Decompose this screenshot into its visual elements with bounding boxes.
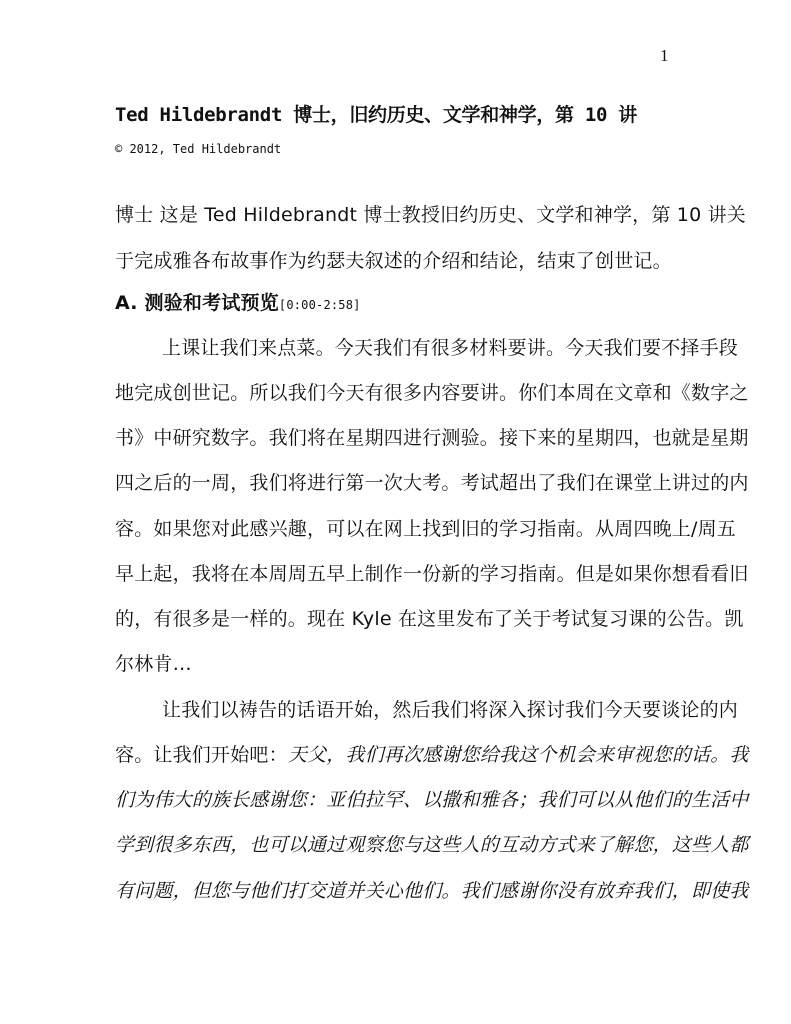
prayer-line: 有问题，但您与他们打交道并关心他们。我们感谢你没有放弃我们，即使我 — [115, 876, 749, 903]
plain-text: 容。让我们开始吧： — [115, 744, 288, 766]
paragraph-line: 容。如果您对此感兴趣，可以在网上找到旧的学习指南。从周四晚上/周五 — [115, 514, 736, 541]
paragraph-line: 四之后的一周，我们将进行第一次大考。考试超出了我们在课堂上讲过的内 — [115, 468, 749, 495]
paragraph-line: 早上起，我将在本周周五早上制作一份新的学习指南。但是如果你想看看旧 — [115, 559, 749, 586]
prayer-line: 们为伟大的族长感谢您：亚伯拉罕、以撒和雅各；我们可以从他们的生活中 — [115, 785, 749, 812]
paragraph-line: 书》中研究数字。我们将在星期四进行测验。接下来的星期四，也就是星期 — [115, 423, 749, 450]
section-heading-label: A. 测验和考试预览 — [115, 292, 279, 314]
paragraph-line: 地完成创世记。所以我们今天有很多内容要讲。你们本周在文章和《数字之 — [115, 378, 749, 405]
page-number: 1 — [660, 46, 669, 66]
paragraph-line: 让我们以祷告的话语开始，然后我们将深入探讨我们今天要谈论的内 — [162, 695, 738, 722]
paragraph-line: 上课让我们来点菜。今天我们有很多材料要讲。今天我们要不择手段 — [162, 333, 738, 360]
section-timestamp: [0:00-2:58] — [279, 298, 361, 312]
paragraph-line: 的，有很多是一样的。现在 Kyle 在这里发布了关于考试复习课的公告。凯 — [115, 604, 744, 631]
paragraph-line: 尔林肯… — [115, 649, 192, 676]
copyright-notice: © 2012, Ted Hildebrandt — [115, 142, 281, 156]
prayer-line: 学到很多东西，也可以通过观察您与这些人的互动方式来了解您，这些人都 — [115, 830, 749, 857]
section-heading: A. 测验和考试预览[0:00-2:58] — [115, 288, 361, 315]
intro-line: 于完成雅各布故事作为约瑟夫叙述的介绍和结论，结束了创世记。 — [115, 246, 672, 273]
document-title: Ted Hildebrandt 博士，旧约历史、文学和神学，第 10 讲 — [115, 100, 637, 127]
paragraph-line: 容。让我们开始吧：天父，我们再次感谢您给我这个机会来审视您的话。我 — [115, 740, 749, 767]
prayer-text: 天父，我们再次感谢您给我这个机会来审视您的话。我 — [288, 744, 749, 766]
intro-line: 博士 这是 Ted Hildebrandt 博士教授旧约历史、文学和神学，第 1… — [115, 200, 746, 227]
